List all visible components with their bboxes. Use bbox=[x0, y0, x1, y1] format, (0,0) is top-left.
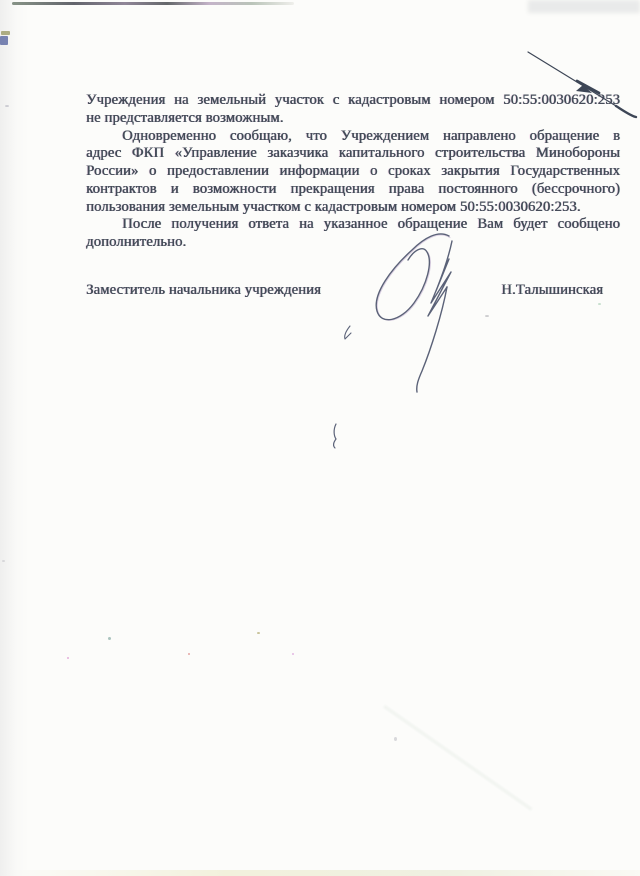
signature-tail bbox=[417, 287, 447, 392]
scan-speck bbox=[108, 637, 111, 640]
text-line: России» о предоставлении информации о ср… bbox=[86, 163, 620, 181]
scan-speck bbox=[485, 315, 489, 317]
text-line: После получения ответа на указанное обра… bbox=[86, 216, 620, 234]
corner-ink-blob bbox=[0, 36, 8, 45]
top-right-smudge bbox=[528, 0, 640, 13]
text-line: адрес ФКП «Управление заказчика капиталь… bbox=[86, 145, 620, 163]
scan-speck bbox=[67, 657, 69, 659]
scan-speck bbox=[2, 560, 5, 562]
letter-body: Учреждения на земельный участок с кадаст… bbox=[86, 92, 620, 252]
text-line: дополнительно. bbox=[86, 234, 620, 252]
scan-speck bbox=[257, 632, 260, 634]
signer-title: Заместитель начальника учреждения bbox=[86, 282, 321, 299]
scanned-letter-page: Учреждения на земельный участок с кадаст… bbox=[0, 0, 640, 876]
signer-name: Н.Талышинская bbox=[501, 282, 603, 299]
pen-mark-small bbox=[345, 326, 351, 339]
text-line: Учреждения на земельный участок с кадаст… bbox=[86, 92, 620, 110]
scan-streak bbox=[383, 705, 532, 811]
bottom-edge-tint bbox=[0, 870, 640, 876]
scan-speck bbox=[5, 105, 9, 107]
corner-ink-blob bbox=[1, 31, 10, 35]
signoff-row: Заместитель начальника учреждения Н.Талы… bbox=[86, 282, 603, 299]
top-edge-scan-line bbox=[12, 2, 294, 5]
scan-speck bbox=[292, 653, 294, 655]
text-line: не представляется возможным. bbox=[86, 110, 620, 128]
left-edge-scan-shadow bbox=[0, 0, 30, 876]
text-line: пользования земельным участком с кадастр… bbox=[86, 199, 620, 217]
pen-mark-squiggle bbox=[334, 424, 336, 448]
scan-speck bbox=[598, 303, 601, 305]
signature bbox=[300, 220, 480, 460]
text-line: контрактов и возможности прекращения пра… bbox=[86, 181, 620, 199]
text-line: Одновременно сообщаю, что Учреждением на… bbox=[86, 128, 620, 146]
scan-speck bbox=[188, 653, 190, 655]
scan-speck bbox=[394, 737, 397, 741]
signature-zigzag bbox=[428, 241, 452, 316]
